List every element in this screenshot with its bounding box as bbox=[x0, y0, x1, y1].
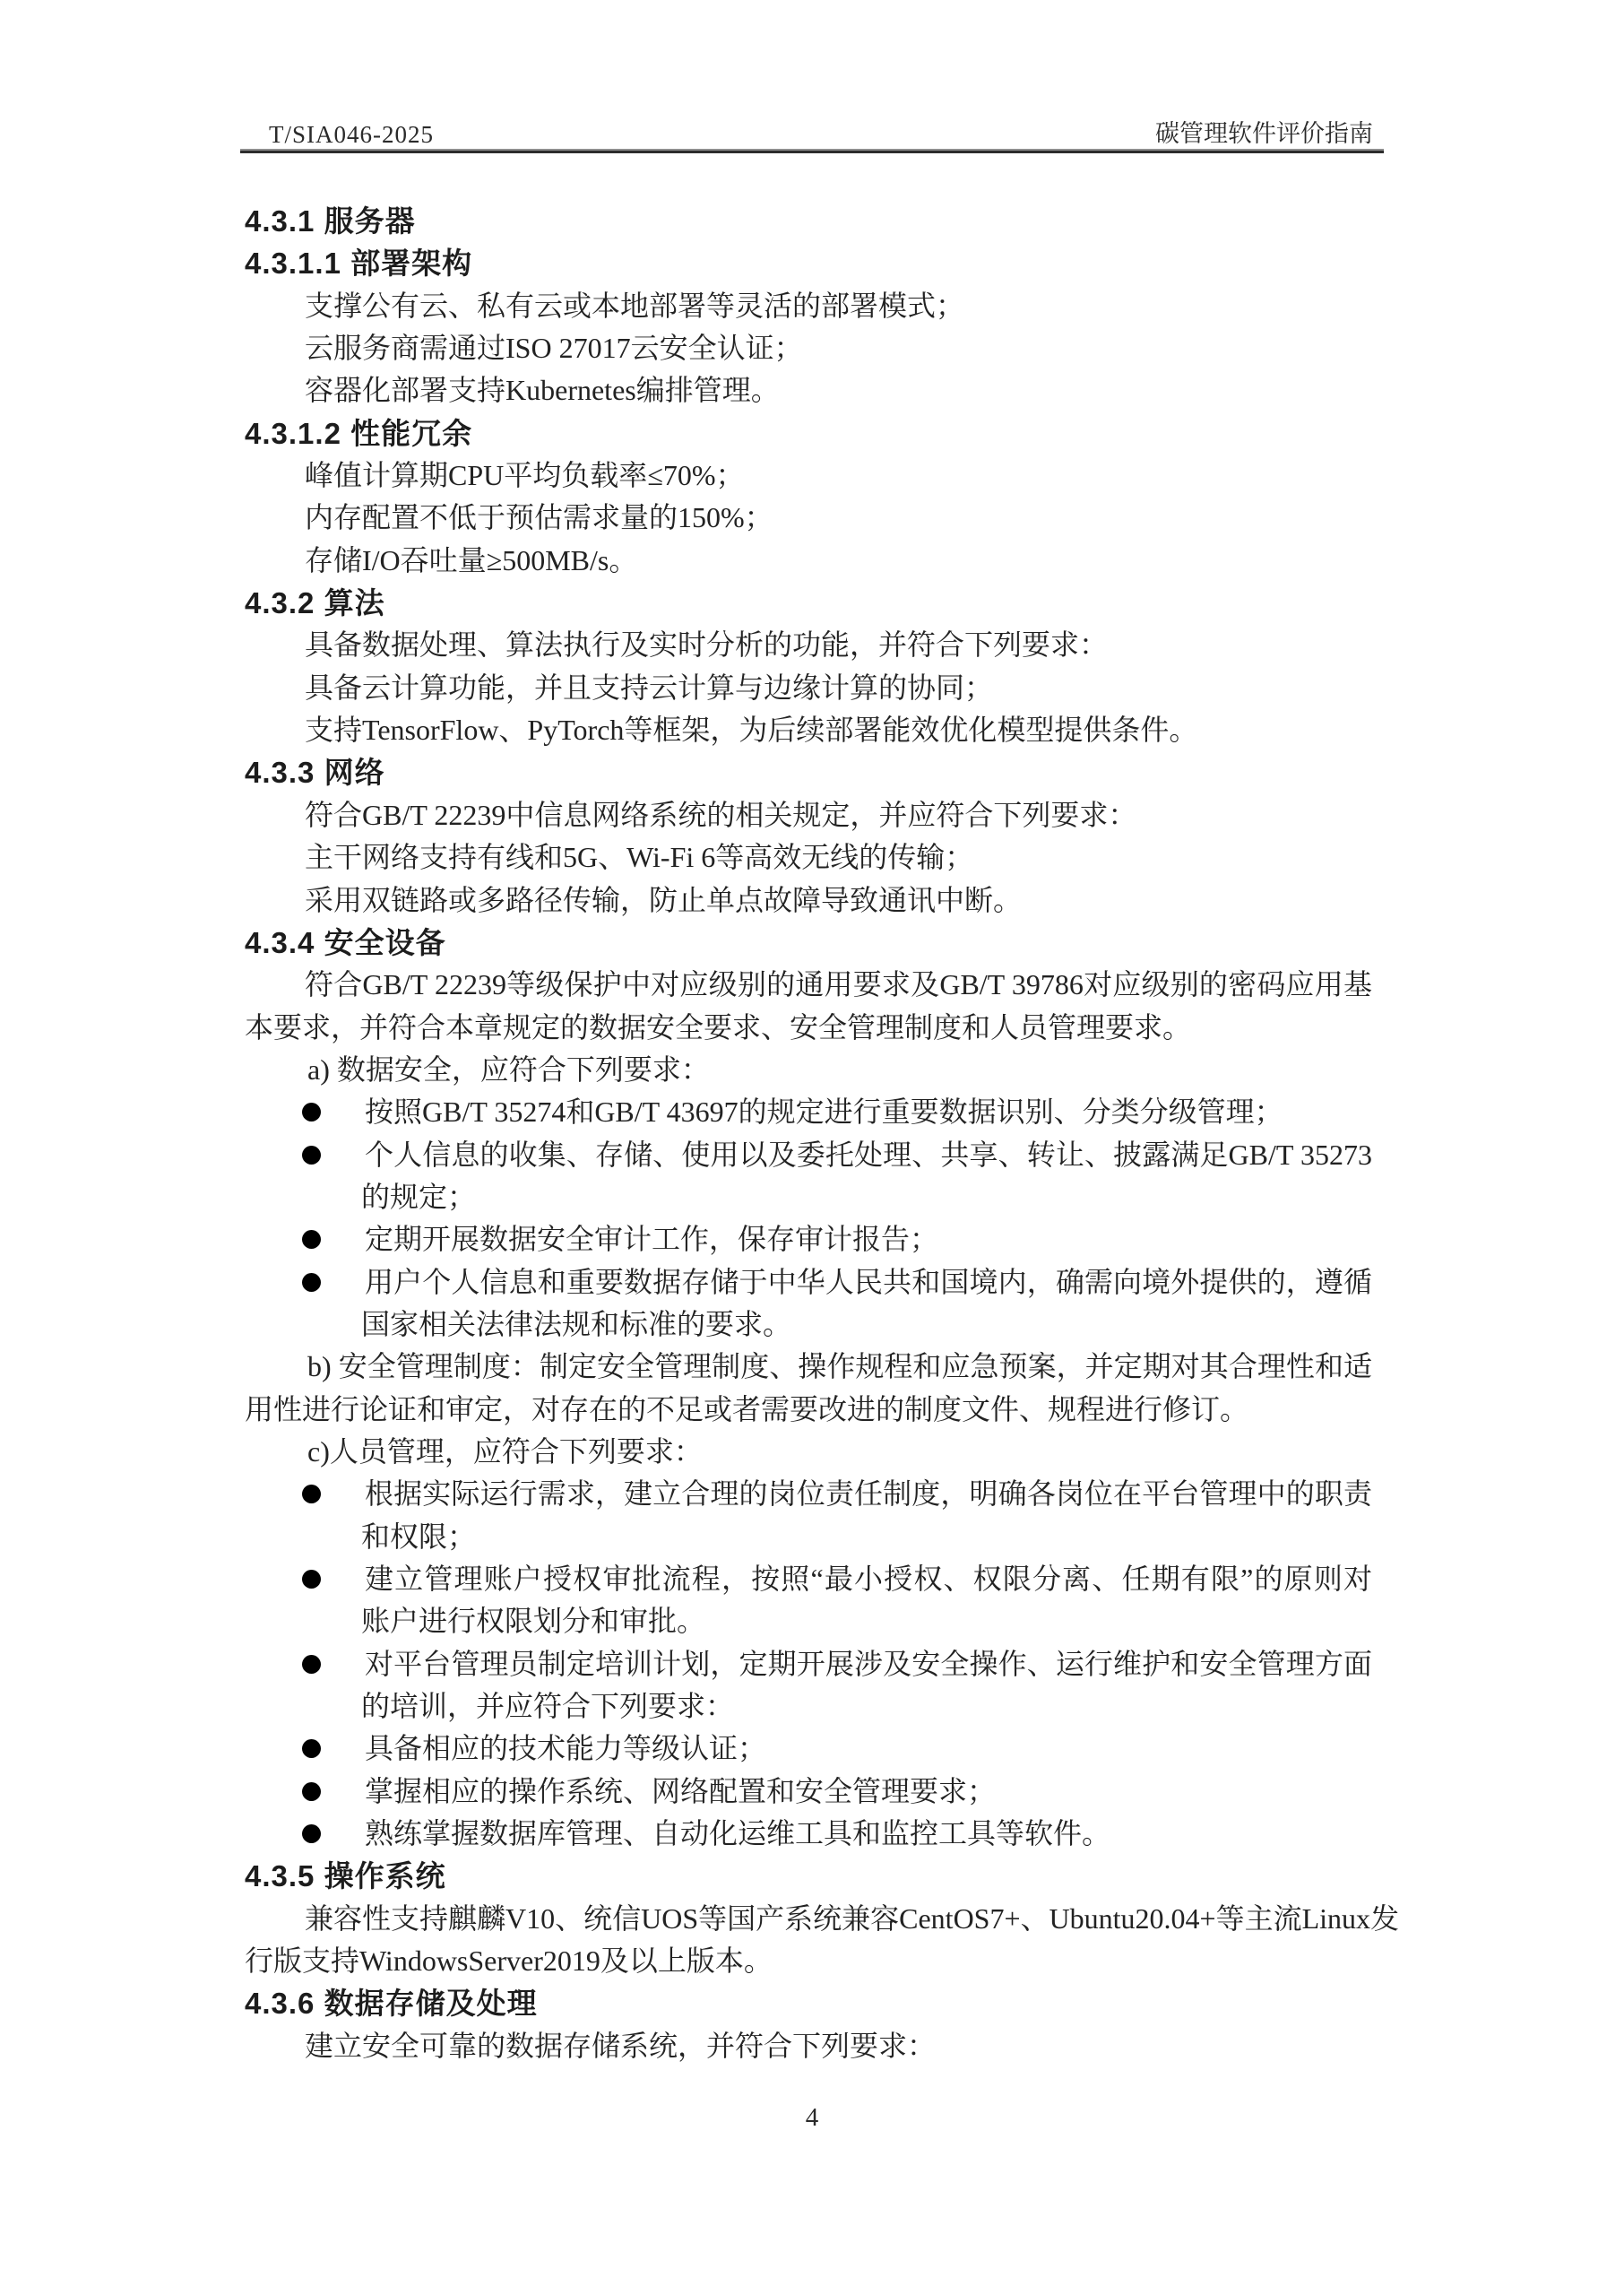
bullet-continuation-line: 的培训，并应符合下列要求： bbox=[245, 1685, 1372, 1728]
section-heading: 4.3.6 数据存储及处理 bbox=[245, 1982, 1372, 2024]
paragraph-line: 采用双链路或多路径传输，防止单点故障导致通讯中断。 bbox=[245, 879, 1372, 922]
section-heading: 4.3.2 算法 bbox=[245, 582, 1372, 624]
bullet-icon bbox=[302, 1824, 321, 1843]
paragraph-line: 峰值计算期CPU平均负载率≤70%； bbox=[245, 455, 1372, 497]
paragraph-line: 主干网络支持有线和5G、Wi-Fi 6等高效无线的传输； bbox=[245, 836, 1372, 879]
paragraph-line: 支持TensorFlow、PyTorch等框架，为后续部署能效优化模型提供条件。 bbox=[245, 709, 1372, 751]
document-page: T/SIA046-2025 碳管理软件评价指南 4.3.1 服务器4.3.1.1… bbox=[0, 0, 1624, 2295]
list-item-letter: a) 数据安全，应符合下列要求： bbox=[245, 1049, 1372, 1091]
paragraph-continuation-line: 行版支持WindowsServer2019及以上版本。 bbox=[245, 1940, 1372, 1982]
bullet-continuation-line: 的规定； bbox=[245, 1176, 1372, 1218]
bullet-text: 建立管理账户授权审批流程，按照“最小授权、权限分离、任期有限”的原则对 bbox=[365, 1563, 1372, 1595]
doc-number: T/SIA046-2025 bbox=[269, 121, 434, 149]
section-heading: 4.3.4 安全设备 bbox=[245, 922, 1372, 964]
content-area: 4.3.1 服务器4.3.1.1 部署架构支撑公有云、私有云或本地部署等灵活的部… bbox=[245, 200, 1372, 2067]
bullet-icon bbox=[302, 1570, 321, 1589]
bullet-list-item: 个人信息的收集、存储、使用以及委托处理、共享、转让、披露满足GB/T 35273 bbox=[245, 1134, 1372, 1176]
bullet-list-item: 掌握相应的操作系统、网络配置和安全管理要求； bbox=[245, 1771, 1372, 1813]
bullet-text: 用户个人信息和重要数据存储于中华人民共和国境内，确需向境外提供的，遵循 bbox=[365, 1266, 1372, 1298]
paragraph-line: 具备数据处理、算法执行及实时分析的功能，并符合下列要求： bbox=[245, 624, 1372, 666]
paragraph-line: 具备云计算功能，并且支持云计算与边缘计算的协同； bbox=[245, 667, 1372, 709]
bullet-list-item: 定期开展数据安全审计工作，保存审计报告； bbox=[245, 1218, 1372, 1260]
paragraph-line: 存储I/O吞吐量≥500MB/s。 bbox=[245, 540, 1372, 582]
bullet-icon bbox=[302, 1146, 321, 1165]
bullet-text: 熟练掌握数据库管理、自动化运维工具和监控工具等软件。 bbox=[365, 1817, 1110, 1849]
bullet-icon bbox=[302, 1273, 321, 1292]
bullet-icon bbox=[302, 1103, 321, 1122]
paragraph-line: 支撑公有云、私有云或本地部署等灵活的部署模式； bbox=[245, 285, 1372, 327]
header-rule-divider bbox=[240, 149, 1384, 153]
paragraph-line: 内存配置不低于预估需求量的150%； bbox=[245, 497, 1372, 539]
list-item-letter: b) 安全管理制度：制定安全管理制度、操作规程和应急预案，并定期对其合理性和适 bbox=[245, 1346, 1372, 1388]
list-item-letter: c)人员管理，应符合下列要求： bbox=[245, 1431, 1372, 1473]
page-number: 4 bbox=[0, 2103, 1624, 2133]
bullet-list-item: 用户个人信息和重要数据存储于中华人民共和国境内，确需向境外提供的，遵循 bbox=[245, 1261, 1372, 1303]
bullet-text: 对平台管理员制定培训计划，定期开展涉及安全操作、运行维护和安全管理方面 bbox=[365, 1648, 1372, 1680]
bullet-icon bbox=[302, 1230, 321, 1249]
paragraph-continuation-line: 用性进行论证和审定，对存在的不足或者需要改进的制度文件、规程进行修订。 bbox=[245, 1389, 1372, 1431]
paragraph-line: 符合GB/T 22239中信息网络系统的相关规定，并应符合下列要求： bbox=[245, 794, 1372, 836]
doc-title: 碳管理软件评价指南 bbox=[1155, 114, 1373, 149]
section-heading: 4.3.1.1 部署架构 bbox=[245, 242, 1372, 284]
bullet-list-item: 熟练掌握数据库管理、自动化运维工具和监控工具等软件。 bbox=[245, 1813, 1372, 1855]
section-heading: 4.3.3 网络 bbox=[245, 751, 1372, 793]
bullet-continuation-line: 国家相关法律法规和标准的要求。 bbox=[245, 1303, 1372, 1346]
bullet-list-item: 建立管理账户授权审批流程，按照“最小授权、权限分离、任期有限”的原则对 bbox=[245, 1558, 1372, 1600]
page-header: T/SIA046-2025 碳管理软件评价指南 bbox=[240, 115, 1384, 149]
bullet-list-item: 对平台管理员制定培训计划，定期开展涉及安全操作、运行维护和安全管理方面 bbox=[245, 1643, 1372, 1685]
bullet-icon bbox=[302, 1655, 321, 1674]
bullet-list-item: 根据实际运行需求，建立合理的岗位责任制度，明确各岗位在平台管理中的职责 bbox=[245, 1473, 1372, 1515]
bullet-text: 根据实际运行需求，建立合理的岗位责任制度，明确各岗位在平台管理中的职责 bbox=[365, 1477, 1372, 1510]
bullet-list-item: 按照GB/T 35274和GB/T 43697的规定进行重要数据识别、分类分级管… bbox=[245, 1091, 1372, 1133]
bullet-text: 个人信息的收集、存储、使用以及委托处理、共享、转让、披露满足GB/T 35273 bbox=[365, 1139, 1372, 1171]
bullet-continuation-line: 账户进行权限划分和审批。 bbox=[245, 1600, 1372, 1642]
bullet-text: 具备相应的技术能力等级认证； bbox=[365, 1732, 766, 1764]
bullet-list-item: 具备相应的技术能力等级认证； bbox=[245, 1728, 1372, 1770]
bullet-text: 掌握相应的操作系统、网络配置和安全管理要求； bbox=[365, 1775, 996, 1807]
bullet-text: 定期开展数据安全审计工作，保存审计报告； bbox=[365, 1223, 938, 1255]
bullet-icon bbox=[302, 1485, 321, 1503]
paragraph-line: 兼容性支持麒麟V10、统信UOS等国产系统兼容CentOS7+、Ubuntu20… bbox=[245, 1898, 1372, 1940]
bullet-icon bbox=[302, 1782, 321, 1801]
bullet-text: 按照GB/T 35274和GB/T 43697的规定进行重要数据识别、分类分级管… bbox=[365, 1096, 1283, 1128]
bullet-continuation-line: 和权限； bbox=[245, 1516, 1372, 1558]
paragraph-line: 云服务商需通过ISO 27017云安全认证； bbox=[245, 327, 1372, 369]
paragraph-line: 建立安全可靠的数据存储系统，并符合下列要求： bbox=[245, 2025, 1372, 2067]
paragraph-line: 符合GB/T 22239等级保护中对应级别的通用要求及GB/T 39786对应级… bbox=[245, 964, 1372, 1006]
section-heading: 4.3.1.2 性能冗余 bbox=[245, 412, 1372, 455]
bullet-icon bbox=[302, 1739, 321, 1758]
paragraph-line: 容器化部署支持Kubernetes编排管理。 bbox=[245, 369, 1372, 411]
section-heading: 4.3.5 操作系统 bbox=[245, 1855, 1372, 1897]
section-heading: 4.3.1 服务器 bbox=[245, 200, 1372, 242]
paragraph-continuation-line: 本要求，并符合本章规定的数据安全要求、安全管理制度和人员管理要求。 bbox=[245, 1007, 1372, 1049]
